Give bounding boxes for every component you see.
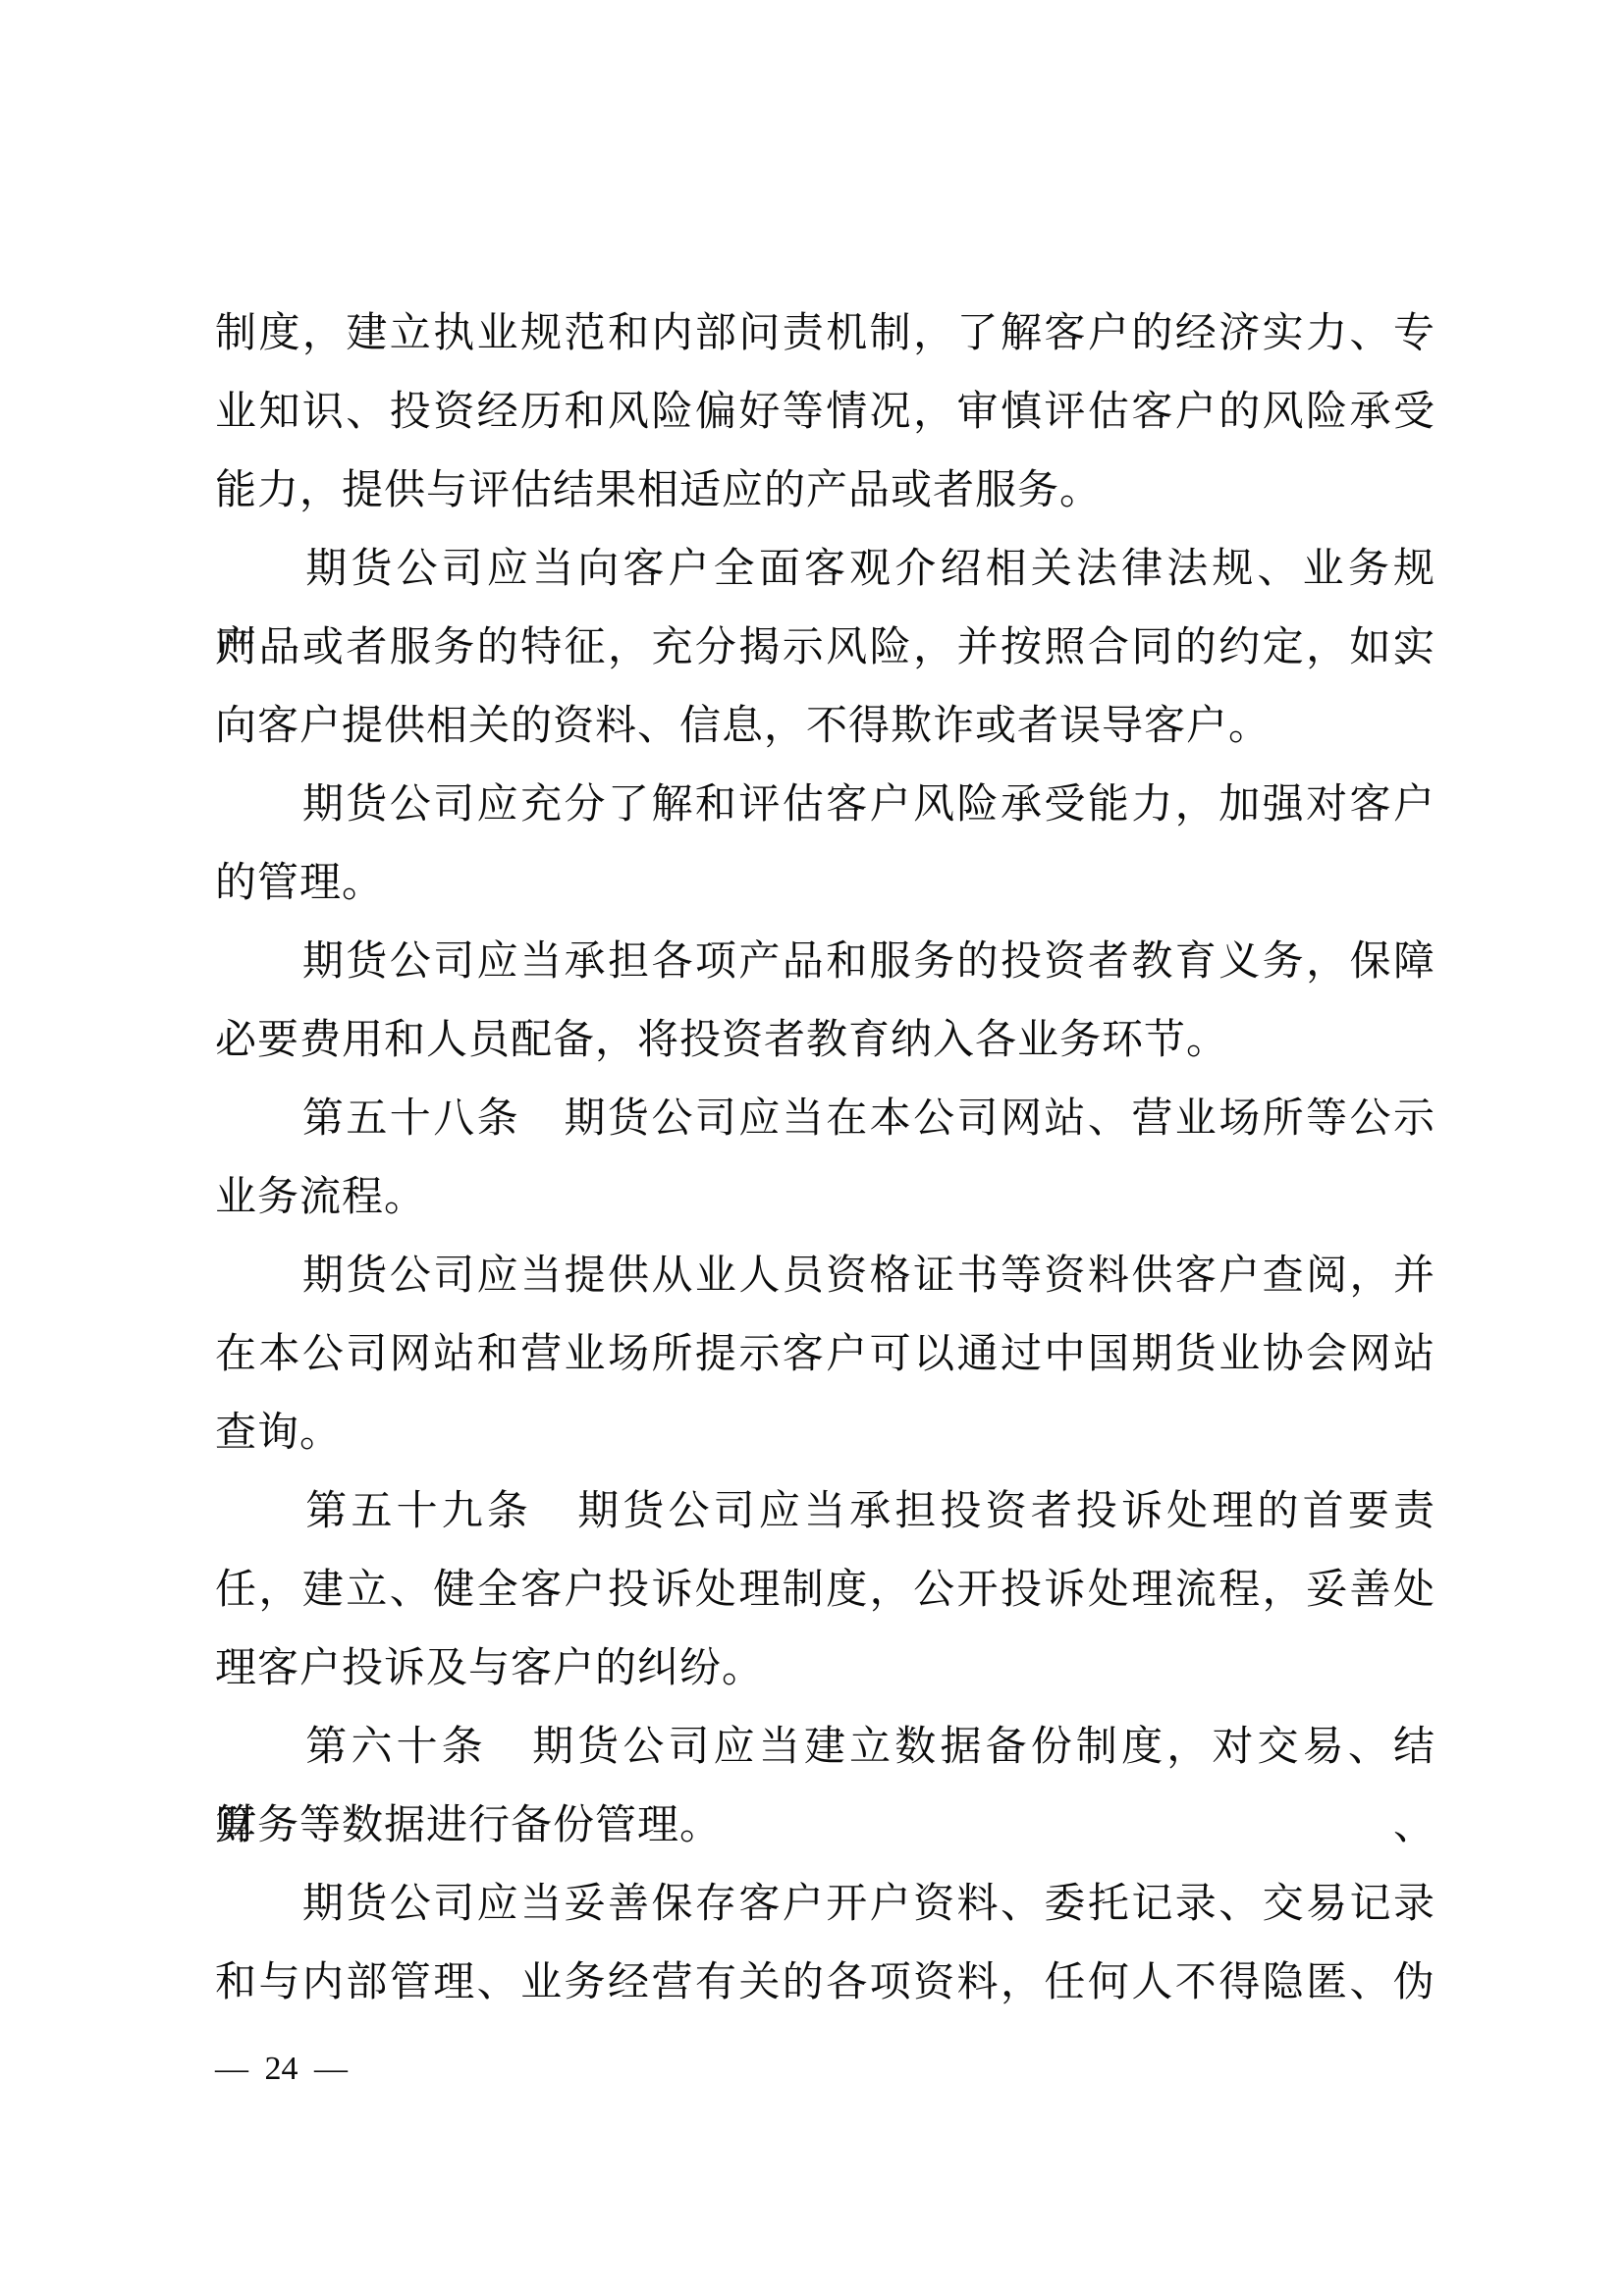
body-text: 制度，建立执业规范和内部问责机制，了解客户的经济实力、专 业知识、投资经历和风险… — [215, 294, 1435, 2022]
text-line: 期货公司应当提供从业人员资格证书等资料供客户查阅，并 — [215, 1237, 1435, 1315]
text-line: 在本公司网站和营业场所提示客户可以通过中国期货业协会网站 — [215, 1315, 1435, 1394]
text-line: 第五十八条 期货公司应当在本公司网站、营业场所等公示 — [215, 1080, 1435, 1158]
text-line: 和与内部管理、业务经营有关的各项资料，任何人不得隐匿、伪 — [215, 1944, 1435, 2022]
text-line: 必要费用和人员配备，将投资者教育纳入各业务环节。 — [215, 1001, 1435, 1080]
text-line: 理客户投诉及与客户的纠纷。 — [215, 1629, 1435, 1708]
document-page: 制度，建立执业规范和内部问责机制，了解客户的经济实力、专 业知识、投资经历和风险… — [0, 0, 1624, 2296]
text-line: 向客户提供相关的资料、信息，不得欺诈或者误导客户。 — [215, 687, 1435, 766]
text-line: 第五十九条 期货公司应当承担投资者投诉处理的首要责 — [215, 1472, 1435, 1551]
text-line: 任，建立、健全客户投诉处理制度，公开投诉处理流程，妥善处 — [215, 1551, 1435, 1629]
text-line: 期货公司应当向客户全面客观介绍相关法律法规、业务规则、 — [215, 530, 1435, 609]
page-number: — 24 — — [215, 2050, 348, 2089]
text-line: 业务流程。 — [215, 1158, 1435, 1237]
text-line: 期货公司应当妥善保存客户开户资料、委托记录、交易记录 — [215, 1865, 1435, 1944]
text-line: 业知识、投资经历和风险偏好等情况，审慎评估客户的风险承受 — [215, 373, 1435, 452]
text-line: 能力，提供与评估结果相适应的产品或者服务。 — [215, 452, 1435, 530]
text-line: 第六十条 期货公司应当建立数据备份制度，对交易、结算、 — [215, 1708, 1435, 1787]
text-line: 的管理。 — [215, 844, 1435, 923]
text-line: 期货公司应当承担各项产品和服务的投资者教育义务，保障 — [215, 923, 1435, 1001]
text-line: 期货公司应充分了解和评估客户风险承受能力，加强对客户 — [215, 766, 1435, 844]
text-line: 查询。 — [215, 1394, 1435, 1472]
text-line: 产品或者服务的特征，充分揭示风险，并按照合同的约定，如实 — [215, 609, 1435, 687]
text-line: 制度，建立执业规范和内部问责机制，了解客户的经济实力、专 — [215, 294, 1435, 373]
